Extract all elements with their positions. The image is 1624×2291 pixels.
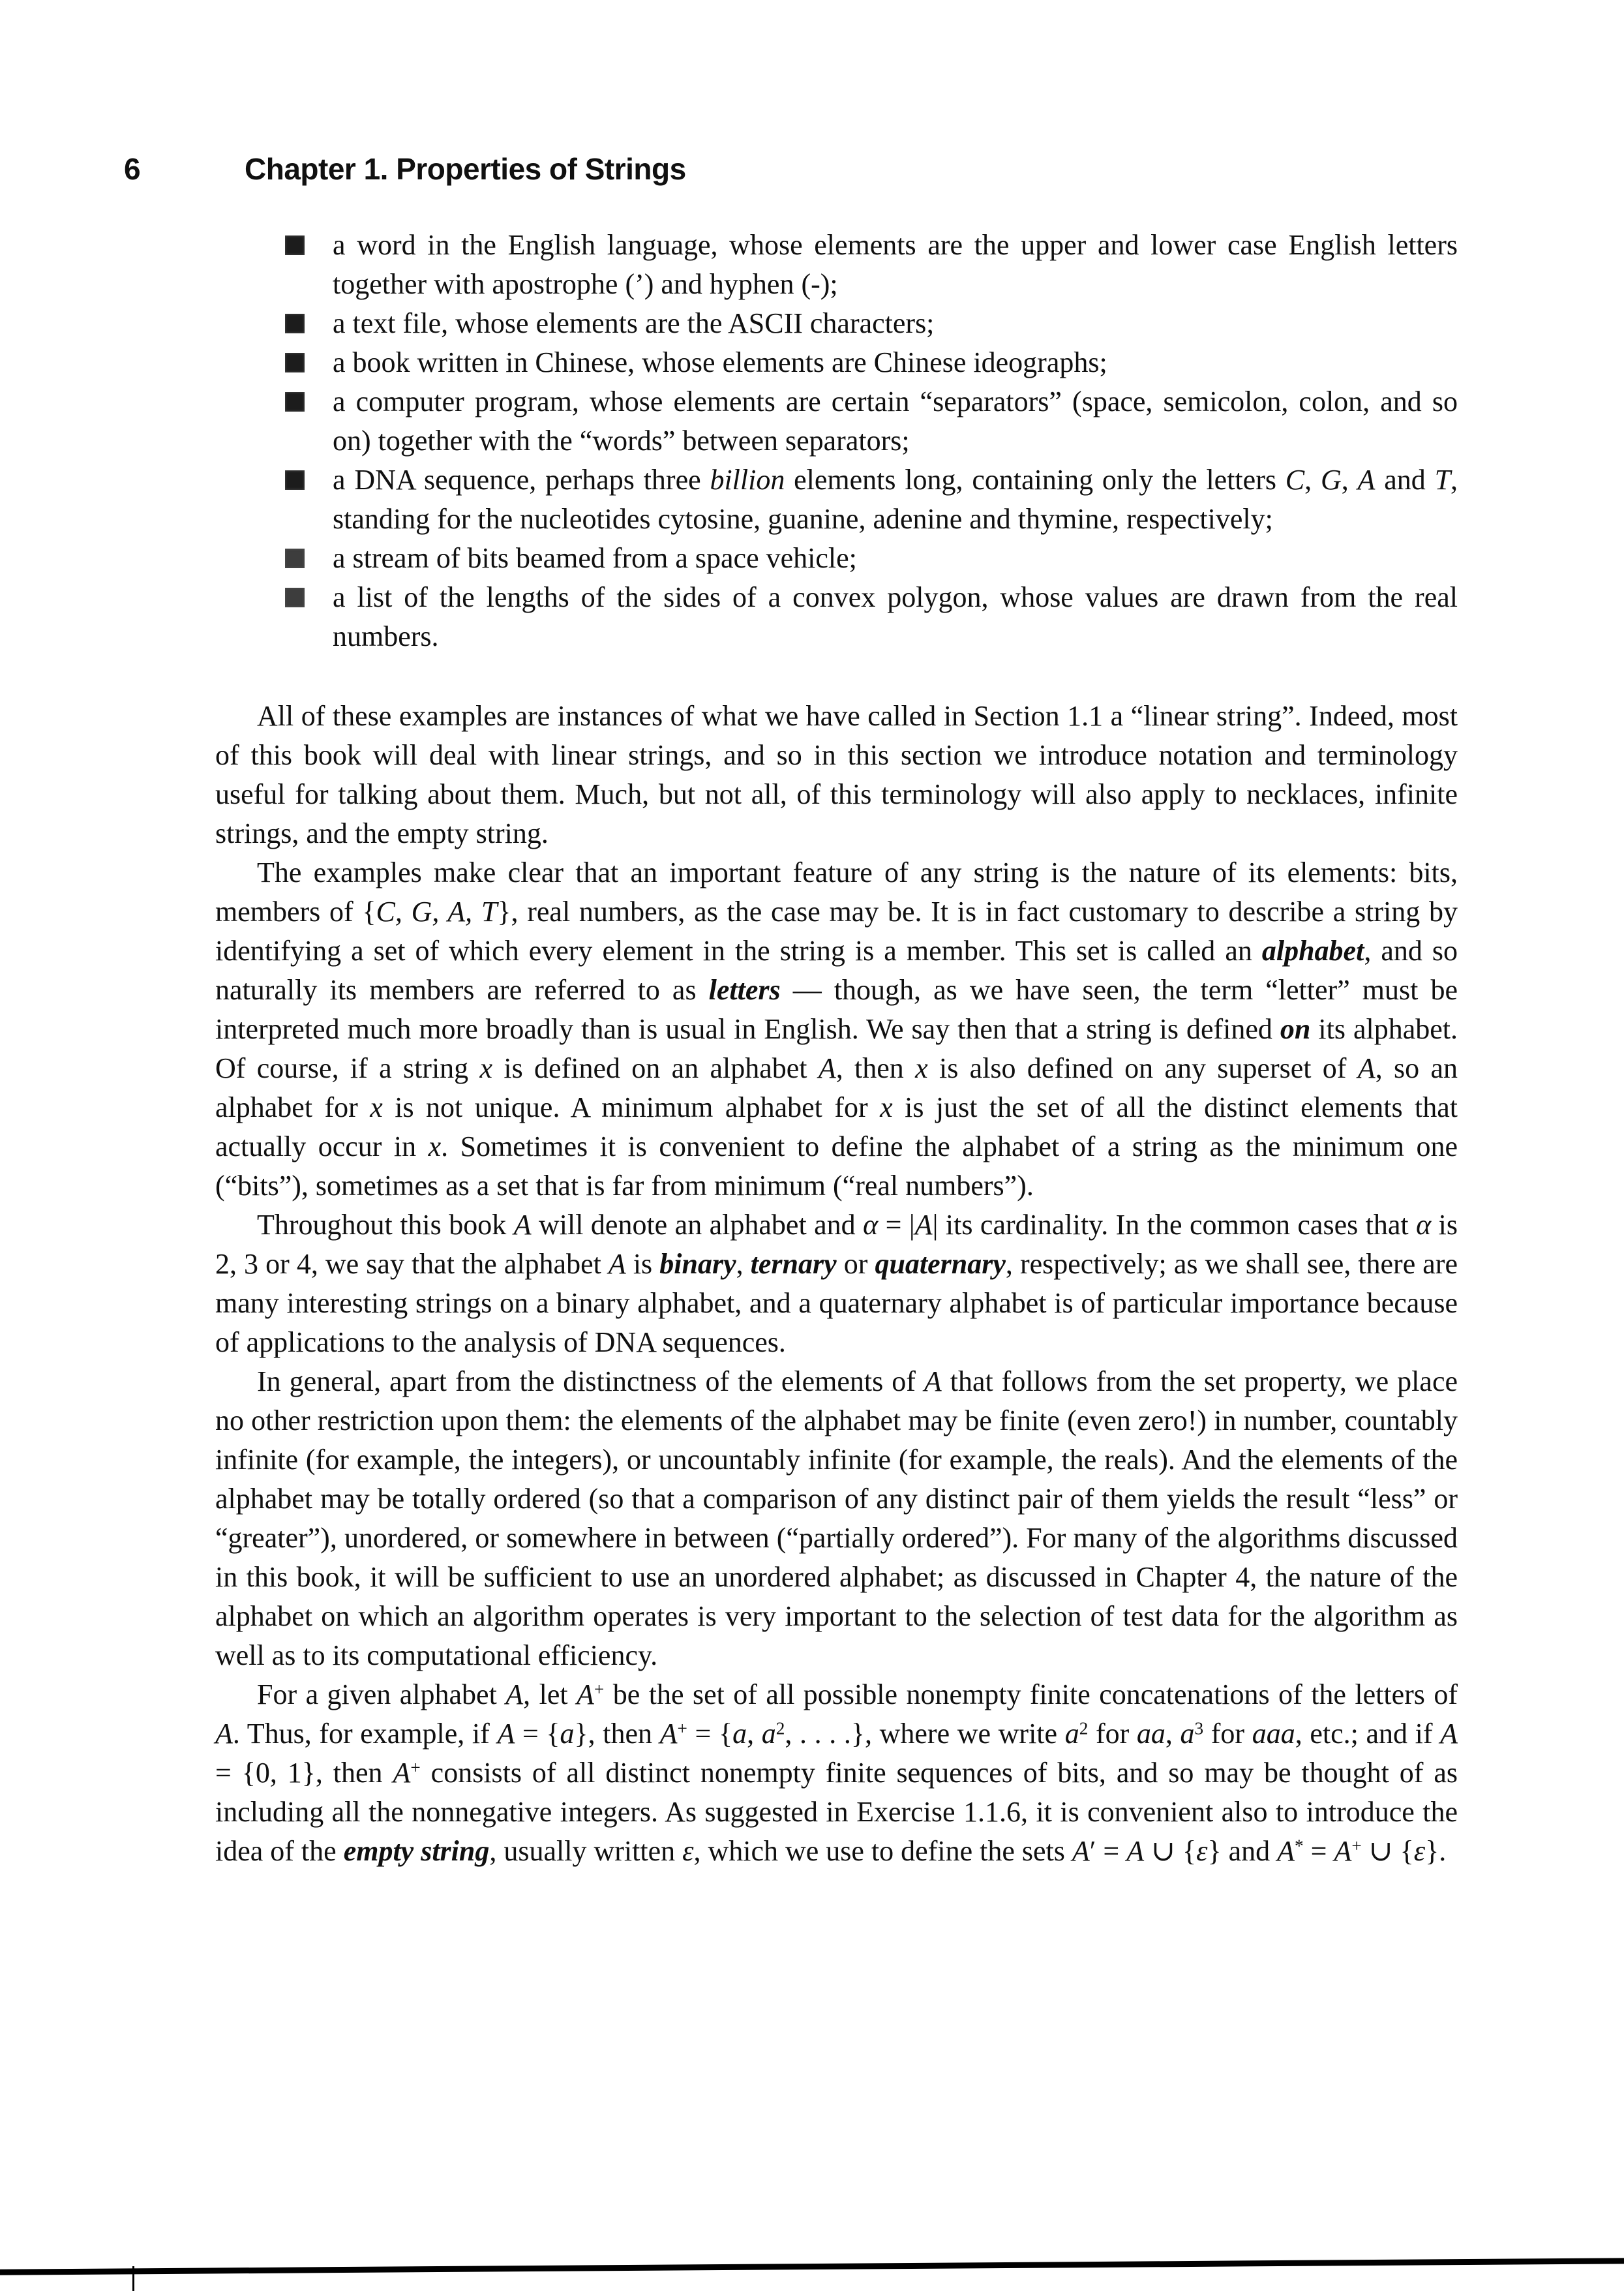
text-segment: =	[1304, 1835, 1334, 1867]
text-segment: ∪ {	[1144, 1835, 1196, 1867]
text-segment: ′ =	[1090, 1835, 1126, 1867]
text-segment: that follows from the set property, we p…	[215, 1365, 1458, 1671]
text-segment: a	[1065, 1718, 1079, 1750]
text-segment: A	[1358, 1052, 1376, 1084]
square-bullet-icon	[285, 549, 305, 568]
text-segment: ,	[1342, 464, 1358, 496]
square-bullet-icon	[285, 470, 305, 490]
text-segment: +	[678, 1718, 687, 1738]
text-segment: α	[1416, 1209, 1431, 1241]
text-segment: C	[1286, 464, 1304, 496]
text-segment: and	[1375, 464, 1434, 496]
text-segment: is not unique. A minimum alphabet for	[383, 1091, 880, 1123]
text-segment: +	[594, 1679, 604, 1699]
paragraph: Throughout this book A will denote an al…	[215, 1206, 1458, 1362]
text-segment: A	[915, 1209, 933, 1241]
book-page: 6 Chapter 1. Properties of Strings a wor…	[0, 0, 1624, 2291]
text-segment: ∪ {	[1362, 1835, 1414, 1867]
text-segment: A	[497, 1718, 515, 1750]
text-segment: a stream of bits beamed from a space veh…	[333, 542, 857, 574]
scan-artifact-line	[0, 2258, 1624, 2275]
text-segment: a	[1180, 1718, 1195, 1750]
bullet-text: a word in the English language, whose el…	[333, 226, 1458, 304]
text-segment: = {	[515, 1718, 560, 1750]
text-segment: A	[1334, 1835, 1351, 1867]
text-segment: for	[1203, 1718, 1252, 1750]
text-segment: . Thus, for example, if	[233, 1718, 498, 1750]
text-segment: , etc.; and if	[1295, 1718, 1440, 1750]
text-segment: T	[1435, 464, 1451, 496]
paragraph: All of these examples are instances of w…	[215, 697, 1458, 853]
text-segment: empty string	[344, 1835, 490, 1867]
bullet-text: a computer program, whose elements are c…	[333, 382, 1458, 461]
bullet-item: a computer program, whose elements are c…	[215, 382, 1458, 461]
text-segment: be the set of all possible nonempty fini…	[604, 1678, 1458, 1710]
text-segment: , . . . .}, where we write	[785, 1718, 1064, 1750]
text-segment: A	[924, 1365, 942, 1397]
text-segment: x	[429, 1130, 442, 1162]
bullet-item: a text file, whose elements are the ASCI…	[215, 304, 1458, 343]
running-header: 6 Chapter 1. Properties of Strings	[124, 151, 686, 187]
text-segment: is	[626, 1248, 659, 1280]
bullet-text: a DNA sequence, perhaps three billion el…	[333, 461, 1458, 539]
text-segment: ,	[747, 1718, 762, 1750]
paragraph: In general, apart from the distinctness …	[215, 1362, 1458, 1675]
bullet-text: a book written in Chinese, whose element…	[333, 343, 1458, 382]
text-segment: x	[480, 1052, 493, 1084]
scan-artifact-tick	[132, 2266, 134, 2291]
text-segment: is defined on an alphabet	[492, 1052, 819, 1084]
text-segment: In general, apart from the distinctness …	[257, 1365, 924, 1397]
text-segment: A	[660, 1718, 678, 1750]
text-segment: is also defined on any superset of	[928, 1052, 1358, 1084]
text-segment: for	[1088, 1718, 1137, 1750]
text-segment: A	[505, 1678, 523, 1710]
text-segment: A	[215, 1718, 233, 1750]
text-segment: α	[863, 1209, 878, 1241]
text-segment: 3	[1195, 1718, 1204, 1738]
text-segment: a DNA sequence, perhaps three	[333, 464, 710, 496]
text-segment: or	[837, 1248, 875, 1280]
text-segment: a text file, whose elements are the ASCI…	[333, 307, 934, 339]
text-segment: A	[514, 1209, 532, 1241]
square-bullet-icon	[285, 588, 305, 607]
square-bullet-icon	[285, 392, 305, 412]
text-segment: quaternary	[875, 1248, 1005, 1280]
bullet-text: a stream of bits beamed from a space veh…	[333, 539, 1458, 578]
text-segment: *	[1295, 1836, 1304, 1855]
text-segment: , let	[523, 1678, 577, 1710]
text-segment: ,	[1165, 1718, 1180, 1750]
text-segment: }, then	[575, 1718, 660, 1750]
text-segment: a	[560, 1718, 575, 1750]
text-segment: +	[1351, 1836, 1361, 1855]
square-bullet-icon	[285, 353, 305, 372]
text-segment: ternary	[751, 1248, 837, 1280]
text-segment: 2	[1079, 1718, 1089, 1738]
text-segment: All of these examples are instances of w…	[215, 700, 1458, 849]
text-segment: }.	[1425, 1835, 1446, 1867]
text-segment: A	[1440, 1718, 1458, 1750]
text-segment: a computer program, whose elements are c…	[333, 386, 1458, 457]
text-segment: x	[915, 1052, 928, 1084]
text-segment: will denote an alphabet and	[532, 1209, 864, 1241]
text-segment: ,	[1304, 464, 1321, 496]
text-segment: x	[880, 1091, 893, 1123]
text-segment: G	[1321, 464, 1342, 496]
text-segment: aaa	[1252, 1718, 1295, 1750]
square-bullet-icon	[285, 314, 305, 333]
text-segment: A	[1277, 1835, 1295, 1867]
text-segment: A	[1072, 1835, 1090, 1867]
text-segment: = {0, 1}, then	[215, 1757, 393, 1789]
text-segment: A	[577, 1678, 594, 1710]
text-segment: ε	[682, 1835, 693, 1867]
text-segment: a	[732, 1718, 747, 1750]
bullet-item: a book written in Chinese, whose element…	[215, 343, 1458, 382]
bullet-item: a DNA sequence, perhaps three billion el…	[215, 461, 1458, 539]
page-number: 6	[124, 151, 245, 187]
text-segment: ε	[1414, 1835, 1425, 1867]
text-segment: +	[410, 1757, 420, 1777]
text-segment: A	[393, 1757, 410, 1789]
text-segment: billion	[710, 464, 785, 496]
text-segment: 2	[776, 1718, 785, 1738]
bullet-item: a list of the lengths of the sides of a …	[215, 578, 1458, 656]
text-segment: | its cardinality. In the common cases t…	[933, 1209, 1416, 1241]
text-segment: ,	[736, 1248, 751, 1280]
text-segment: a list of the lengths of the sides of a …	[333, 581, 1458, 652]
text-segment: aa	[1137, 1718, 1165, 1750]
text-segment: Throughout this book	[257, 1209, 514, 1241]
text-segment: A	[819, 1052, 836, 1084]
text-segment: A	[1126, 1835, 1144, 1867]
text-segment: , which we use to define the sets	[693, 1835, 1072, 1867]
bullet-text: a list of the lengths of the sides of a …	[333, 578, 1458, 656]
chapter-title: Chapter 1. Properties of Strings	[245, 151, 686, 187]
text-segment: , usually written	[489, 1835, 682, 1867]
paragraph: The examples make clear that an importan…	[215, 853, 1458, 1206]
bullet-item: a word in the English language, whose el…	[215, 226, 1458, 304]
text-segment: ε	[1196, 1835, 1207, 1867]
text-segment: = {	[687, 1718, 732, 1750]
text-segment: A	[1358, 464, 1376, 496]
paragraph: For a given alphabet A, let A+ be the se…	[215, 1675, 1458, 1871]
text-segment: A	[609, 1248, 626, 1280]
text-segment: elements long, containing only the lette…	[785, 464, 1285, 496]
square-bullet-icon	[285, 235, 305, 255]
bullet-list: a word in the English language, whose el…	[215, 226, 1458, 656]
text-segment: C, G, A, T	[376, 896, 498, 928]
text-segment: } and	[1207, 1835, 1277, 1867]
text-segment: x	[370, 1091, 383, 1123]
bullet-text: a text file, whose elements are the ASCI…	[333, 304, 1458, 343]
text-segment: on	[1280, 1013, 1310, 1045]
text-segment: = |	[878, 1209, 915, 1241]
text-segment: alphabet	[1262, 935, 1364, 967]
bullet-item: a stream of bits beamed from a space veh…	[215, 539, 1458, 578]
text-segment: a book written in Chinese, whose element…	[333, 346, 1107, 378]
paragraphs: All of these examples are instances of w…	[215, 697, 1458, 1871]
text-segment: , then	[836, 1052, 915, 1084]
text-segment: a	[762, 1718, 776, 1750]
text-segment: For a given alphabet	[257, 1678, 505, 1710]
text-segment: letters	[709, 974, 781, 1006]
page-body: a word in the English language, whose el…	[215, 226, 1458, 1871]
text-segment: a word in the English language, whose el…	[333, 229, 1458, 300]
text-segment: binary	[659, 1248, 736, 1280]
